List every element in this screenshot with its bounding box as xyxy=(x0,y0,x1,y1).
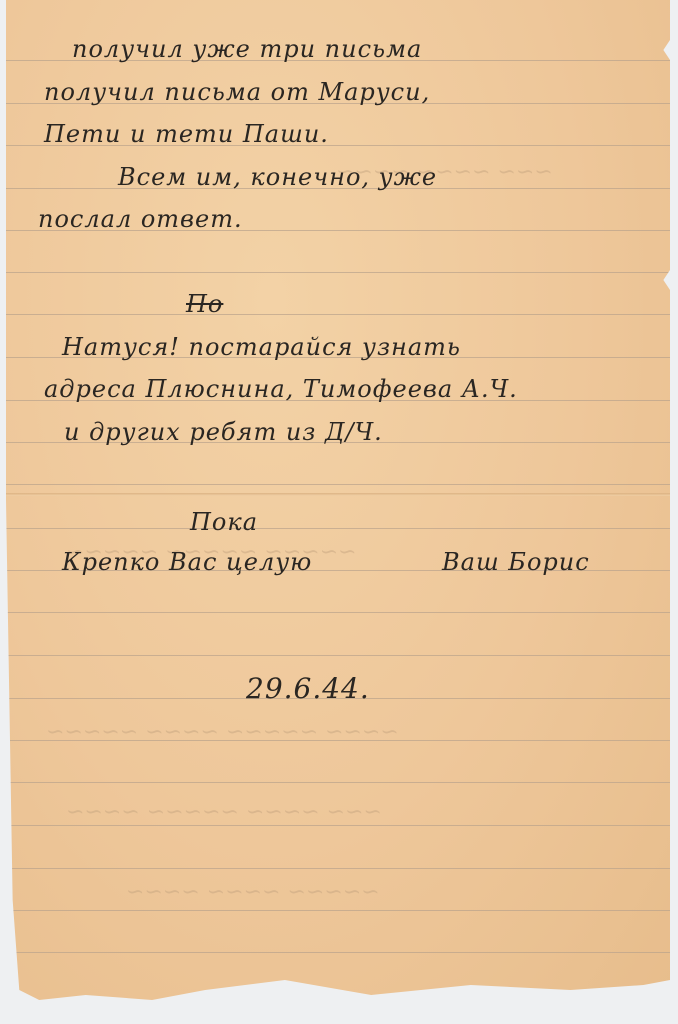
bleed-through-text: ~~~~ ~~~~~ ~~~~ ~~~~~ xyxy=(46,720,399,745)
ruled-line xyxy=(6,314,670,315)
letter-line-5: послал ответ. xyxy=(38,205,243,233)
signature: Ваш Борис xyxy=(442,548,590,576)
letter-line-4: Всем им, конечно, уже xyxy=(118,163,437,191)
ruled-line xyxy=(6,612,670,613)
ruled-line xyxy=(6,528,670,529)
letter-line-1: получил уже три письма xyxy=(72,35,422,63)
letter-line-8: и других ребят из Д/Ч. xyxy=(64,418,383,446)
paper-sheet: ~~~ ~~~~ ~~~~ ~~~~~ ~~~~~ ~~~~~ ~~~~ ~~~… xyxy=(6,0,670,1000)
farewell: Пока xyxy=(190,508,258,536)
bleed-through-text: ~~~ ~~~~ ~~~~~ ~~~~ xyxy=(66,800,382,825)
kiss-line: Крепко Вас целую xyxy=(62,548,312,576)
struck-word: По xyxy=(186,290,223,318)
letter-line-3: Пети и тети Паши. xyxy=(44,120,329,148)
bleed-through-text: ~~~~~ ~~~~ ~~~~ xyxy=(126,880,380,905)
letter-line-2: получил письма от Маруси, xyxy=(44,78,430,106)
letter-date: 29.6.44. xyxy=(246,672,370,705)
ruled-line xyxy=(6,825,670,826)
ruled-line xyxy=(6,272,670,273)
ruled-line xyxy=(6,952,670,953)
letter-line-7: адреса Плюснина, Тимофеева А.Ч. xyxy=(44,375,518,403)
ruled-line xyxy=(6,655,670,656)
paper-fold xyxy=(6,493,670,496)
ruled-line xyxy=(6,868,670,869)
ruled-line xyxy=(6,782,670,783)
ruled-line xyxy=(6,910,670,911)
ruled-line xyxy=(6,484,670,485)
scanned-letter-page: ~~~ ~~~~ ~~~~ ~~~~~ ~~~~~ ~~~~~ ~~~~ ~~~… xyxy=(0,0,678,1024)
letter-line-6: Натуся! постарайся узнать xyxy=(62,333,461,361)
